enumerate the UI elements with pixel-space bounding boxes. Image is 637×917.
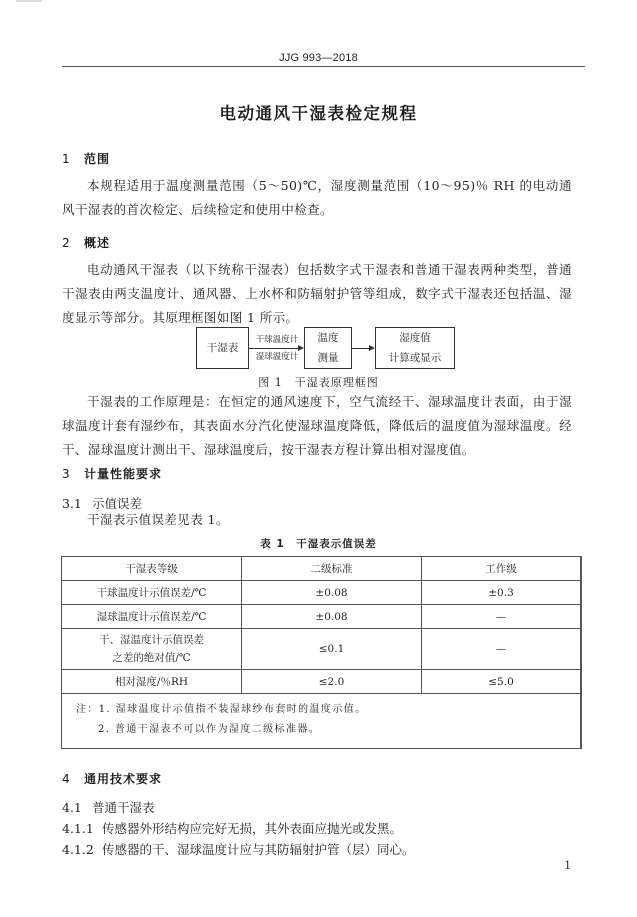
cell-item: 干球温度计示值误差/℃ bbox=[62, 581, 242, 605]
cell-secondary: ≤2.0 bbox=[242, 670, 422, 694]
clause-text: 传感器外形结构应完好无损，其外表面应抛光或发黑。 bbox=[102, 821, 402, 836]
section-number: 3 bbox=[62, 467, 84, 481]
section-4-heading: 4通用技术要求 bbox=[62, 770, 162, 787]
cell-working: ≤5.0 bbox=[422, 670, 582, 694]
cell-item-line2: 之差的绝对值/℃ bbox=[62, 649, 241, 667]
table-header-row: 干湿表等级 二级标准 工作级 bbox=[62, 557, 582, 581]
page-number: 1 bbox=[564, 858, 571, 872]
cell-secondary: ±0.08 bbox=[242, 581, 422, 605]
arrow-label-wet-bulb: 湿球温度计 bbox=[249, 350, 305, 362]
section-2-paragraph-2: 干湿表的工作原理是：在恒定的通风速度下，空气流经干、湿球温度计表面，由于湿球温度… bbox=[62, 390, 572, 462]
section-title: 通用技术要求 bbox=[84, 772, 162, 786]
box-label-line2: 测量 bbox=[318, 348, 339, 368]
note-1: 注：1. 湿球温度计示值指不装湿球纱布套时的温度示值。 bbox=[76, 700, 580, 720]
table-row: 相对湿度/％RH ≤2.0 ≤5.0 bbox=[62, 670, 582, 694]
standard-code: JJG 993—2018 bbox=[0, 52, 637, 64]
figure-box-psychrometer: 干湿表 bbox=[196, 327, 249, 369]
figure-box-temperature-measurement: 温度 测量 bbox=[304, 327, 352, 369]
box-label-line1: 温度 bbox=[318, 328, 339, 348]
subsection-4-1-heading: 4.1普通干湿表 bbox=[62, 798, 155, 816]
figure-box-humidity-calculation: 湿度值 计算或显示 bbox=[375, 327, 455, 369]
subsection-3-1-paragraph: 干湿表示值误差见表 1。 bbox=[62, 508, 572, 532]
clause-4-1-2: 4.1.2传感器的干、湿球温度计应与其防辐射护管（层）同心。 bbox=[62, 840, 415, 858]
clause-4-1-1: 4.1.1传感器外形结构应完好无损，其外表面应抛光或发黑。 bbox=[62, 819, 402, 837]
cell-item: 湿球温度计示值误差/℃ bbox=[62, 605, 242, 629]
arrow-1-line bbox=[249, 348, 299, 349]
section-number: 4 bbox=[62, 772, 84, 786]
section-2-paragraph-1: 电动通风干湿表（以下统称干湿表）包括数字式干湿表和普通干湿表两种类型，普通干湿表… bbox=[62, 258, 572, 330]
note-2: 2. 普通干湿表不可以作为湿度二级标准器。 bbox=[76, 720, 580, 740]
cell-working: ±0.3 bbox=[422, 581, 582, 605]
table-notes-row: 注：1. 湿球温度计示值指不装湿球纱布套时的温度示值。 2. 普通干湿表不可以作… bbox=[62, 694, 582, 749]
header-cell-secondary-standard: 二级标准 bbox=[242, 557, 422, 581]
cell-item: 相对湿度/％RH bbox=[62, 670, 242, 694]
box-label-line2: 计算或显示 bbox=[389, 348, 442, 368]
cell-secondary: ≤0.1 bbox=[242, 629, 422, 670]
cell-working: — bbox=[422, 629, 582, 670]
section-title: 概述 bbox=[84, 236, 110, 250]
header-cell-working-grade: 工作级 bbox=[422, 557, 582, 581]
cell-item: 干、湿温度计示值误差 之差的绝对值/℃ bbox=[62, 629, 242, 670]
cell-item-line1: 干、湿温度计示值误差 bbox=[62, 631, 241, 649]
subsection-title: 普通干湿表 bbox=[92, 800, 155, 815]
scan-artifact bbox=[16, 0, 42, 2]
section-3-heading: 3计量性能要求 bbox=[62, 465, 162, 482]
subsection-number: 4.1 bbox=[62, 800, 92, 815]
section-1-heading: 1范围 bbox=[62, 150, 110, 167]
box-label-line1: 湿度值 bbox=[399, 328, 431, 348]
arrow-2-line bbox=[352, 348, 370, 349]
table-1-caption: 表 1 干湿表示值误差 bbox=[0, 536, 637, 551]
table-row: 干、湿温度计示值误差 之差的绝对值/℃ ≤0.1 — bbox=[62, 629, 582, 670]
figure-1-caption: 图 1 干湿表原理框图 bbox=[0, 374, 637, 390]
section-1-paragraph: 本规程适用于温度测量范围（5～50)℃，湿度测量范围（10～95)％ RH 的电… bbox=[62, 174, 572, 222]
table-row: 干球温度计示值误差/℃ ±0.08 ±0.3 bbox=[62, 581, 582, 605]
section-title: 范围 bbox=[84, 152, 110, 166]
clause-number: 4.1.2 bbox=[62, 842, 102, 857]
document-title: 电动通风干湿表检定规程 bbox=[0, 100, 637, 124]
section-title: 计量性能要求 bbox=[84, 467, 162, 481]
section-2-heading: 2概述 bbox=[62, 234, 110, 251]
cell-secondary: ±0.08 bbox=[242, 605, 422, 629]
section-number: 2 bbox=[62, 236, 84, 250]
section-number: 1 bbox=[62, 152, 84, 166]
header-rule bbox=[62, 66, 585, 67]
clause-number: 4.1.1 bbox=[62, 821, 102, 836]
clause-text: 传感器的干、湿球温度计应与其防辐射护管（层）同心。 bbox=[102, 842, 415, 857]
cell-working: — bbox=[422, 605, 582, 629]
error-table: 干湿表等级 二级标准 工作级 干球温度计示值误差/℃ ±0.08 ±0.3 湿球… bbox=[61, 556, 582, 749]
table-row: 湿球温度计示值误差/℃ ±0.08 — bbox=[62, 605, 582, 629]
table-notes: 注：1. 湿球温度计示值指不装湿球纱布套时的温度示值。 2. 普通干湿表不可以作… bbox=[62, 694, 582, 749]
arrow-label-dry-bulb: 干球温度计 bbox=[249, 333, 305, 345]
header-cell-grade: 干湿表等级 bbox=[62, 557, 242, 581]
box-label: 干湿表 bbox=[207, 338, 239, 358]
